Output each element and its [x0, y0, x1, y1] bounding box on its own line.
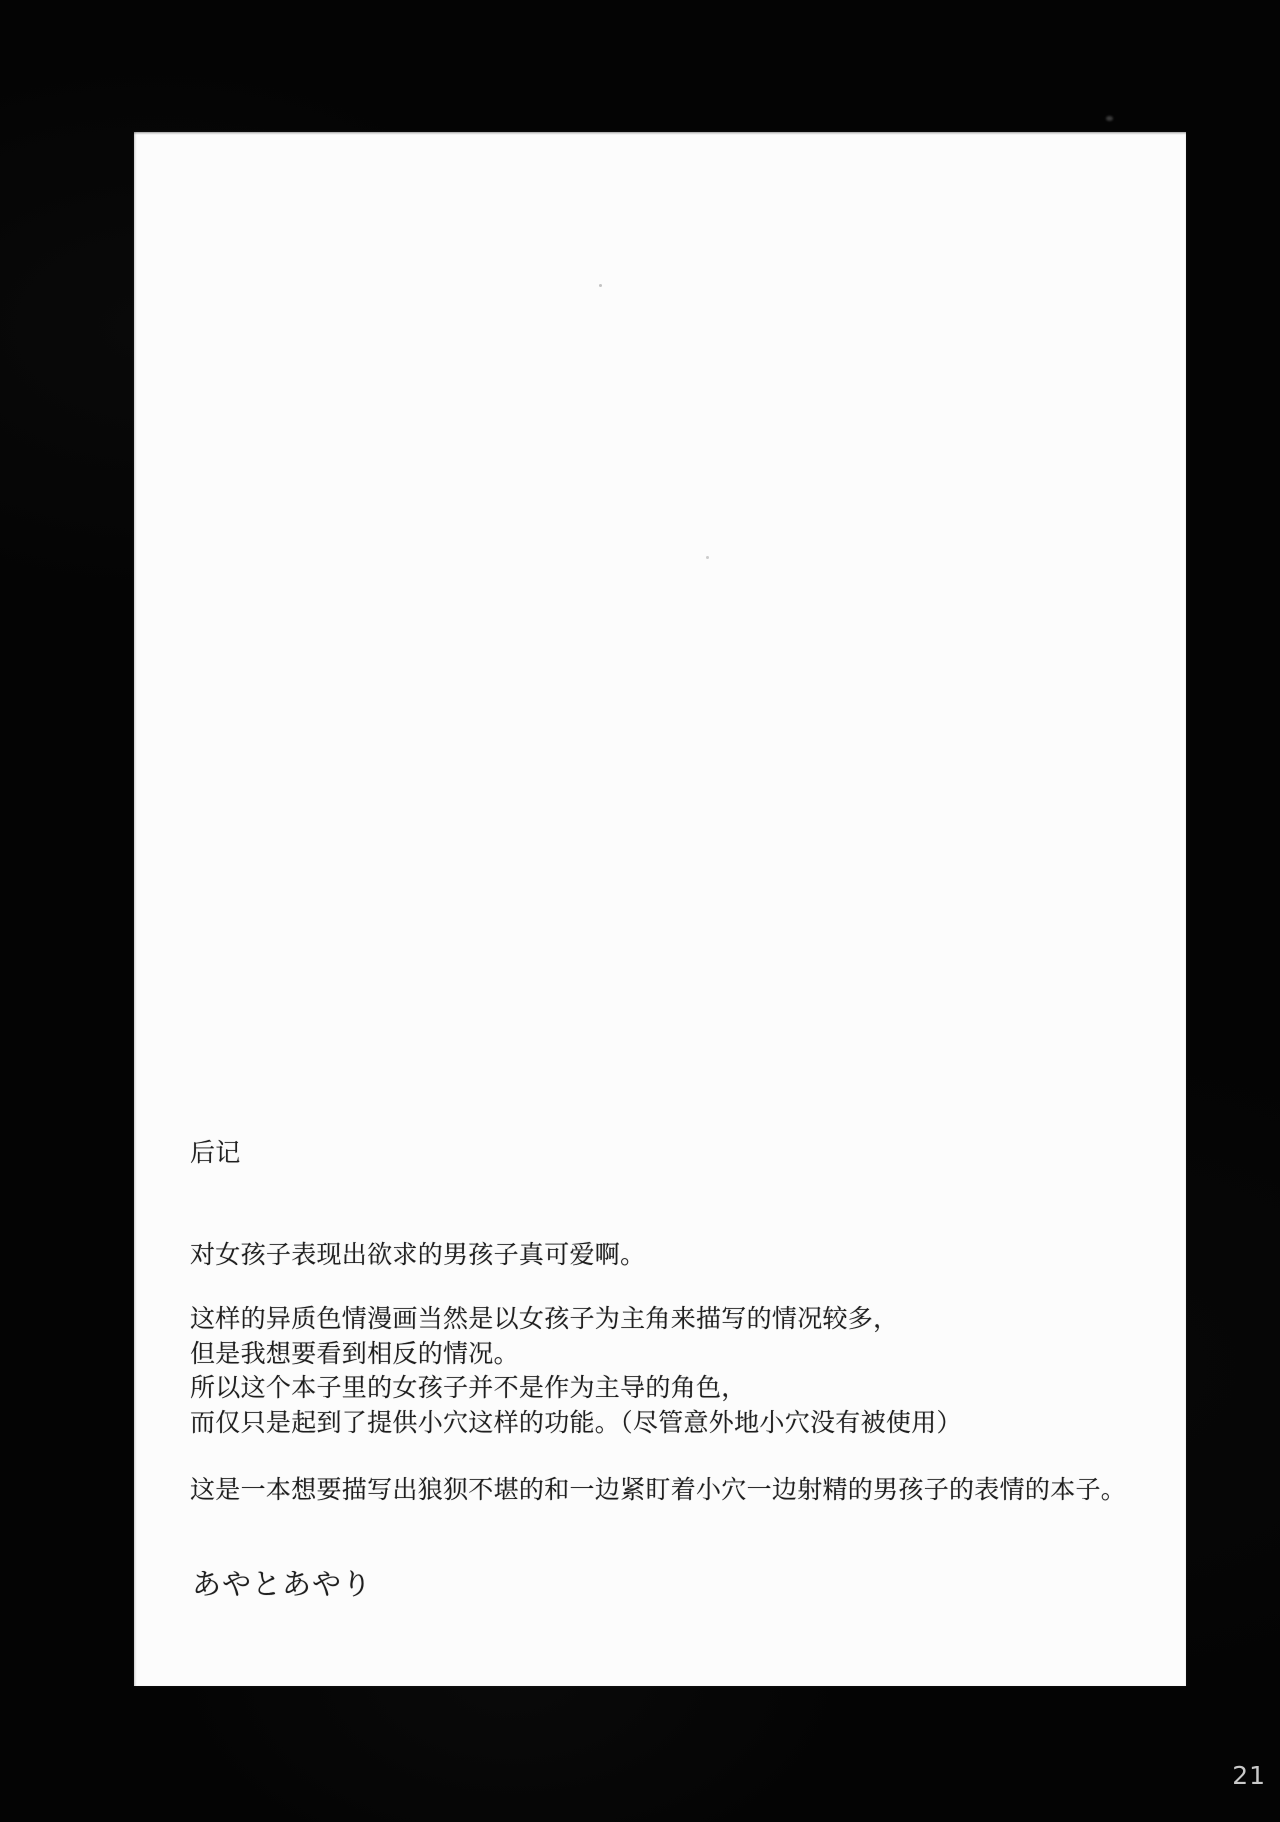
afterword-paragraph-1: 对女孩子表现出欲求的男孩子真可爱啊。 — [190, 1240, 645, 1270]
afterword-paragraph-2: 这样的异质色情漫画当然是以女孩子为主角来描写的情况较多， 但是我想要看到相反的情… — [190, 1302, 962, 1440]
author-signature: あやとあやり — [192, 1569, 372, 1599]
afterword-paragraph-2-line-2: 但是我想要看到相反的情况。 — [190, 1337, 962, 1372]
page-number: 21 — [1232, 1761, 1266, 1790]
afterword-paragraph-2-line-1: 这样的异质色情漫画当然是以女孩子为主角来描写的情况较多， — [190, 1302, 962, 1337]
afterword-paragraph-2-line-4: 而仅只是起到了提供小穴这样的功能。（尽管意外地小穴没有被使用） — [190, 1406, 962, 1441]
scanned-page-background: { "page": { "number": "21" }, "afterword… — [0, 0, 1280, 1822]
afterword-heading: 后记 — [190, 1138, 241, 1168]
scan-speck — [599, 284, 602, 287]
afterword-paragraph-2-line-3: 所以这个本子里的女孩子并不是作为主导的角色， — [190, 1371, 962, 1406]
comic-page-paper: 后记 对女孩子表现出欲求的男孩子真可爱啊。 这样的异质色情漫画当然是以女孩子为主… — [134, 132, 1186, 1686]
scan-speck — [706, 556, 709, 559]
scan-speck — [1106, 116, 1113, 121]
afterword-paragraph-3: 这是一本想要描写出狼狈不堪的和一边紧盯着小穴一边射精的男孩子的表情的本子。 — [190, 1475, 1126, 1505]
